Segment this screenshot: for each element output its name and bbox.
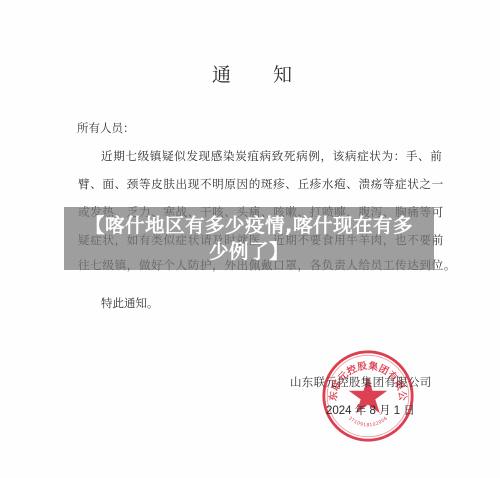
body-line-1: 近期七级镇疑似发现感染炭疽病致死病例，该病症状为：手、前 xyxy=(101,148,434,164)
body-line-2: 臂、面、颈等皮肤出现不明原因的斑疹、丘疹水疱、溃疡等症状之一 xyxy=(78,176,434,192)
closing-remark: 特此通知。 xyxy=(101,295,159,311)
company-seal-icon: 山东联元控股集团有限公司 3710918102006 xyxy=(320,348,416,444)
signature-company: 山东联元控股集团有限公司 xyxy=(290,374,432,390)
notice-document: 通 知 所有人员： 近期七级镇疑似发现感染炭疽病致死病例，该病症状为：手、前 臂… xyxy=(0,0,500,478)
document-title: 通 知 xyxy=(0,60,500,87)
headline-banner: 【喀什地区有多少疫情,喀什现在有多 少例了】 xyxy=(64,207,434,270)
headline-line-1: 【喀什地区有多少疫情,喀什现在有多 xyxy=(69,213,429,239)
headline-line-2: 少例了】 xyxy=(69,239,429,265)
signature-date: 2024 年 8 月 1 日 xyxy=(326,402,415,418)
salutation: 所有人员： xyxy=(77,120,135,136)
headline-text: 【喀什地区有多少疫情,喀什现在有多 少例了】 xyxy=(69,213,429,265)
